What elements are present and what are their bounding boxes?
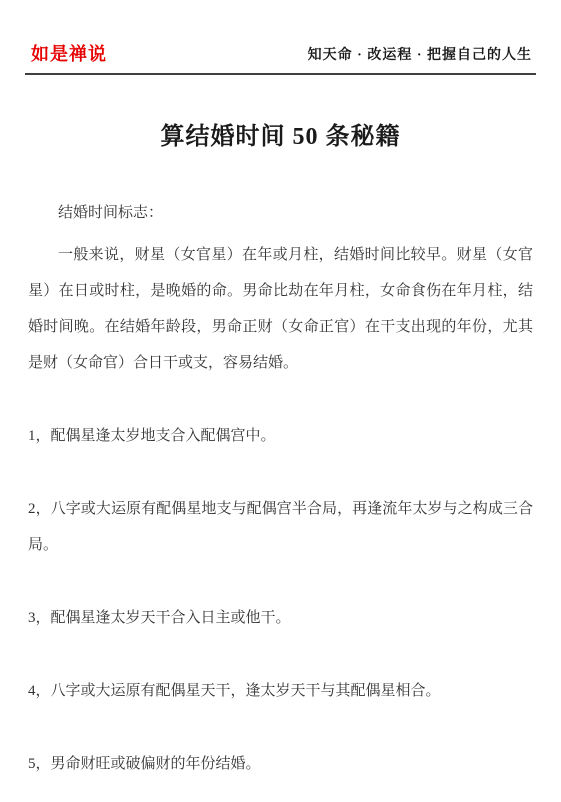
document-title: 算结婚时间 50 条秘籍 (25, 123, 536, 152)
document-body: 结婚时间标志：一般来说，财星（女官星）在年或月柱，结婚时间比较早。财星（女官星）… (0, 195, 561, 782)
slogan-text: 知天命 · 改运程 · 把握自己的人生 (308, 47, 532, 65)
paragraph: 4，八字或大运原有配偶星天干，逢太岁天干与其配偶星相合。 (28, 673, 533, 709)
paragraph: 5，男命财旺或破偏财的年份结婚。 (28, 746, 533, 782)
page-header: 如是禅说 知天命 · 改运程 · 把握自己的人生 (25, 44, 536, 75)
paragraph: 结婚时间标志： (28, 195, 533, 231)
paragraph: 2，八字或大运原有配偶星地支与配偶宫半合局，再逢流年太岁与之构成三合局。 (28, 491, 533, 563)
paragraph: 一般来说，财星（女官星）在年或月柱，结婚时间比较早。财星（女官星）在日或时柱，是… (28, 237, 533, 381)
document-page: 如是禅说 知天命 · 改运程 · 把握自己的人生 算结婚时间 50 条秘籍 结婚… (0, 0, 561, 802)
brand-text: 如是禅说 (31, 44, 107, 65)
paragraph: 1，配偶星逢太岁地支合入配偶宫中。 (28, 418, 533, 454)
paragraph: 3，配偶星逢太岁天干合入日主或他干。 (28, 600, 533, 636)
